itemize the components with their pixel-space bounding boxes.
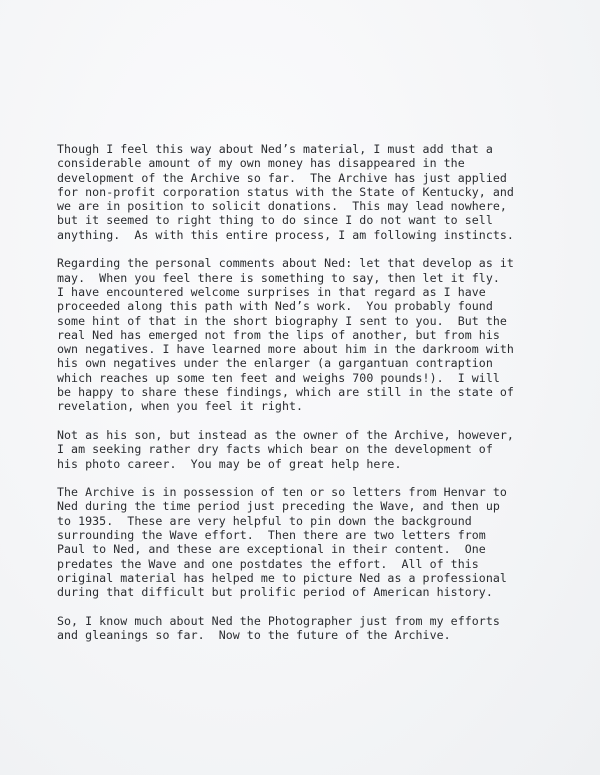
- letter-page: Though I feel this way about Ned’s mater…: [0, 0, 600, 775]
- text-line: Paul to Ned, and these are exceptional i…: [57, 542, 557, 556]
- letter-body: Though I feel this way about Ned’s mater…: [57, 142, 557, 657]
- paragraph-2: Regarding the personal comments about Ne…: [57, 256, 557, 413]
- text-line: considerable amount of my own money has …: [57, 156, 557, 170]
- text-line: Ned during the time period just precedin…: [57, 499, 557, 513]
- text-line: original material has helped me to pictu…: [57, 571, 557, 585]
- text-line: some hint of that in the short biography…: [57, 314, 557, 328]
- paragraph-1: Though I feel this way about Ned’s mater…: [57, 142, 557, 242]
- text-line: predates the Wave and one postdates the …: [57, 557, 557, 571]
- text-line: we are in position to solicit donations.…: [57, 199, 557, 213]
- text-line: I have encountered welcome surprises in …: [57, 285, 557, 299]
- text-line: Regarding the personal comments about Ne…: [57, 256, 557, 270]
- paragraph-5: So, I know much about Ned the Photograph…: [57, 614, 557, 643]
- text-line: I am seeking rather dry facts which bear…: [57, 442, 557, 456]
- paragraph-4: The Archive is in possession of ten or s…: [57, 485, 557, 599]
- text-line: The Archive is in possession of ten or s…: [57, 485, 557, 499]
- text-line: revelation, when you feel it right.: [57, 399, 557, 413]
- text-line: which reaches up some ten feet and weigh…: [57, 371, 557, 385]
- text-line: to 1935. These are very helpful to pin d…: [57, 514, 557, 528]
- text-line: surrounding the Wave effort. Then there …: [57, 528, 557, 542]
- text-line: for non-profit corporation status with t…: [57, 185, 557, 199]
- text-line: may. When you feel there is something to…: [57, 271, 557, 285]
- text-line: Not as his son, but instead as the owner…: [57, 428, 557, 442]
- text-line: anything. As with this entire process, I…: [57, 228, 557, 242]
- text-line: development of the Archive so far. The A…: [57, 171, 557, 185]
- text-line: proceeded along this path with Ned’s wor…: [57, 299, 557, 313]
- text-line: real Ned has emerged not from the lips o…: [57, 328, 557, 342]
- text-line: Though I feel this way about Ned’s mater…: [57, 142, 557, 156]
- text-line: his photo career. You may be of great he…: [57, 457, 557, 471]
- text-line: So, I know much about Ned the Photograph…: [57, 614, 557, 628]
- text-line: during that difficult but prolific perio…: [57, 585, 557, 599]
- text-line: his own negatives under the enlarger (a …: [57, 356, 557, 370]
- text-line: be happy to share these findings, which …: [57, 385, 557, 399]
- paragraph-3: Not as his son, but instead as the owner…: [57, 428, 557, 471]
- text-line: and gleanings so far. Now to the future …: [57, 628, 557, 642]
- text-line: but it seemed to right thing to do since…: [57, 213, 557, 227]
- text-line: own negatives. I have learned more about…: [57, 342, 557, 356]
